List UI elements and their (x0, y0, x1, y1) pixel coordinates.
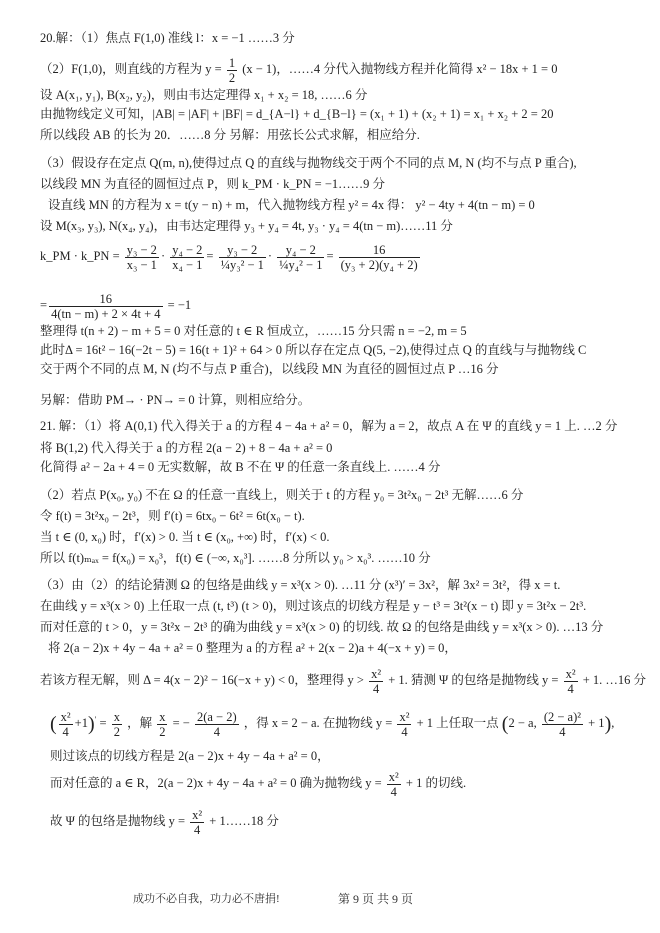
q20-discriminant: 此时Δ = 16t² − 16(−2t − 5) = 16(t + 1)² + … (40, 342, 586, 358)
footer-motto: 成功不必自我，功力必不唐捐! (133, 890, 280, 906)
q21-final: 故 Ψ 的包络是抛物线 y = x²4 + 1……18 分 (50, 803, 279, 841)
q20-alt-solution: 另解：借助 PM→ · PN→ = 0 计算，则相应给分。 (40, 392, 310, 408)
q21-part2-d: 所以 f(t)ₘₐₓ = f(x₀) = x₀³，f(t) ∈ (−∞, x₀³… (40, 550, 431, 566)
fraction: y₄ − 2x₄ − 1 (170, 243, 204, 272)
text: + 1……18 分 (209, 814, 279, 828)
q20-equals-minus-one: =164(tn − m) + 2 × 4t + 4 = −1 (40, 287, 191, 325)
q20-part3-condition: 以线段 MN 为直径的圆恒过点 P，则 k_PM · k_PN = −1……9 … (40, 176, 385, 192)
q21-part2-a: （2）若点 P(x₀, y₀) 不在 Ω 的任意一直线上，则关于 t 的方程 y… (40, 487, 523, 503)
q21-part3-d: 将 2(a − 2)x + 4y − 4a + a² = 0 整理为 a 的方程… (48, 640, 457, 656)
q21-part2-b: 令 f(t) = 3t²x₀ − 2t³，则 f′(t) = 6tx₀ − 6t… (40, 508, 305, 524)
denominator: 2 (227, 71, 237, 85)
q21-part1-a: 21. 解：（1）将 A(0,1) 代入得关于 a 的方程 4 − 4a + a… (40, 418, 617, 434)
fraction: x²4 (369, 667, 383, 696)
q21-part3-b: 在曲线 y = x³(x > 0) 上任取一点 (t, t³) (t > 0)，… (40, 598, 586, 614)
text: + 1 的切线. (406, 776, 466, 790)
fraction: 2(a − 2)4 (195, 710, 239, 739)
text: = − (173, 716, 190, 730)
q21-part3-f: (x²4+1)′ = x2 ，解 x2 = − 2(a − 2)4 ，得 x =… (50, 700, 614, 742)
text: = (100, 716, 110, 730)
fraction: (2 − a)²4 (542, 710, 583, 739)
fraction: y₄ − 2¼y₄² − 1 (277, 243, 324, 272)
q21-part1-c: 化简得 a² − 2a + 4 = 0 无实数解，故 B 不在 Ψ 的任意一条直… (40, 459, 440, 475)
q20-definition: 由抛物线定义可知，|AB| = |AF| + |BF| = d_{A−l} + … (40, 106, 553, 122)
q20-vieta-mn: 设 M(x₃, y₃), N(x₄, y₄)，由韦达定理得 y₃ + y₄ = … (40, 218, 453, 234)
q21-part3-c: 而对任意的 t > 0，y = 3t²x − 2t³ 的确为曲线 y = x³(… (40, 619, 603, 635)
text: + 1. 猜测 Ψ 的包络是抛物线 y = (388, 673, 558, 687)
q21-tangent-eq: 则过该点的切线方程是 2(a − 2)x + 4y − 4a + a² = 0， (50, 748, 330, 764)
text: 2 − a, (508, 716, 536, 730)
q20-part2-line: （2）F(1,0)，则直线的方程为 y = 1 2 (x − 1)，……4 分代… (40, 52, 557, 86)
fraction: x²4 (59, 710, 73, 739)
fraction-half: 1 2 (227, 56, 237, 85)
q20-part2-text-a: （2）F(1,0)，则直线的方程为 y = (40, 62, 222, 76)
fraction: x2 (157, 710, 167, 739)
text: ，得 x = 2 − a. 在抛物线 y = (244, 716, 393, 730)
slope-lhs: k_PM · k_PN = (40, 249, 120, 263)
q20-slope-product: k_PM · k_PN = y₃ − 2x₃ − 1· y₄ − 2x₄ − 1… (40, 236, 422, 280)
q21-part3-e: 若该方程无解，则 Δ = 4(x − 2)² − 16(−x + y) < 0，… (40, 662, 646, 700)
fraction: 164(tn − m) + 2 × 4t + 4 (49, 292, 162, 321)
text: + 1 (588, 716, 604, 730)
text: 故 Ψ 的包络是抛物线 y = (50, 814, 185, 828)
text: 若该方程无解，则 Δ = 4(x − 2)² − 16(−x + y) < 0，… (40, 673, 364, 687)
footer-page-number: 第 9 页 共 9 页 (338, 890, 413, 907)
q20-vieta: 设 A(x₁, y₁), B(x₂, y₂)，则由韦达定理得 x₁ + x₂ =… (40, 87, 367, 103)
fraction: y₃ − 2x₃ − 1 (125, 243, 159, 272)
q20-part3-assume: （3）假设存在定点 Q(m, n),使得过点 Q 的直线与抛物线交于两个不同的点… (40, 155, 577, 171)
q20-ab-length: 所以线段 AB 的长为 20．……8 分 另解：用弦长公式求解，相应给分. (40, 127, 420, 143)
fraction: 16(y₃ + 2)(y₄ + 2) (339, 243, 420, 272)
q21-part2-c: 当 t ∈ (0, x₀) 时，f′(x) > 0. 当 t ∈ (x₀, +∞… (40, 529, 329, 545)
fraction: x2 (112, 710, 122, 739)
fraction: x²4 (564, 667, 578, 696)
text: + 1. …16 分 (583, 673, 646, 687)
text: 而对任意的 a ∈ R，2(a − 2)x + 4y − 4a + a² = 0… (50, 776, 382, 790)
q20-part1: 20.解：（1）焦点 F(1,0) 准线 l：x = −1 ……3 分 (40, 30, 295, 46)
text: + 1 上任取一点 (417, 716, 499, 730)
fraction: x²4 (387, 770, 401, 799)
q21-tangent-confirm: 而对任意的 a ∈ R，2(a − 2)x + 4y − 4a + a² = 0… (50, 765, 466, 803)
q21-part3-a: （3）由（2）的结论猜测 Ω 的包络是曲线 y = x³(x > 0). …11… (40, 577, 560, 593)
text: ，解 (127, 716, 152, 730)
q20-line-mn: 设直线 MN 的方程为 x = t(y − n) + m，代入抛物线方程 y² … (48, 197, 535, 213)
rhs: = −1 (168, 298, 191, 312)
fraction: y₃ − 2¼y₃² − 1 (219, 243, 266, 272)
q20-part2-text-b: (x − 1)，……4 分代入抛物线方程并化简得 x² − 18x + 1 = … (242, 62, 557, 76)
numerator: 1 (227, 56, 237, 71)
q20-conclusion: 交于两个不同的点 M, N (均不与点 P 重合)，以线段 MN 为直径的圆恒过… (40, 361, 498, 377)
q21-part1-b: 将 B(1,2) 代入得关于 a 的方程 2(a − 2) + 8 − 4a +… (40, 440, 332, 456)
fraction: x²4 (397, 710, 411, 739)
q20-simplify: 整理得 t(n + 2) − m + 5 = 0 对任意的 t ∈ R 恒成立，… (40, 323, 467, 339)
fraction: x²4 (190, 808, 204, 837)
